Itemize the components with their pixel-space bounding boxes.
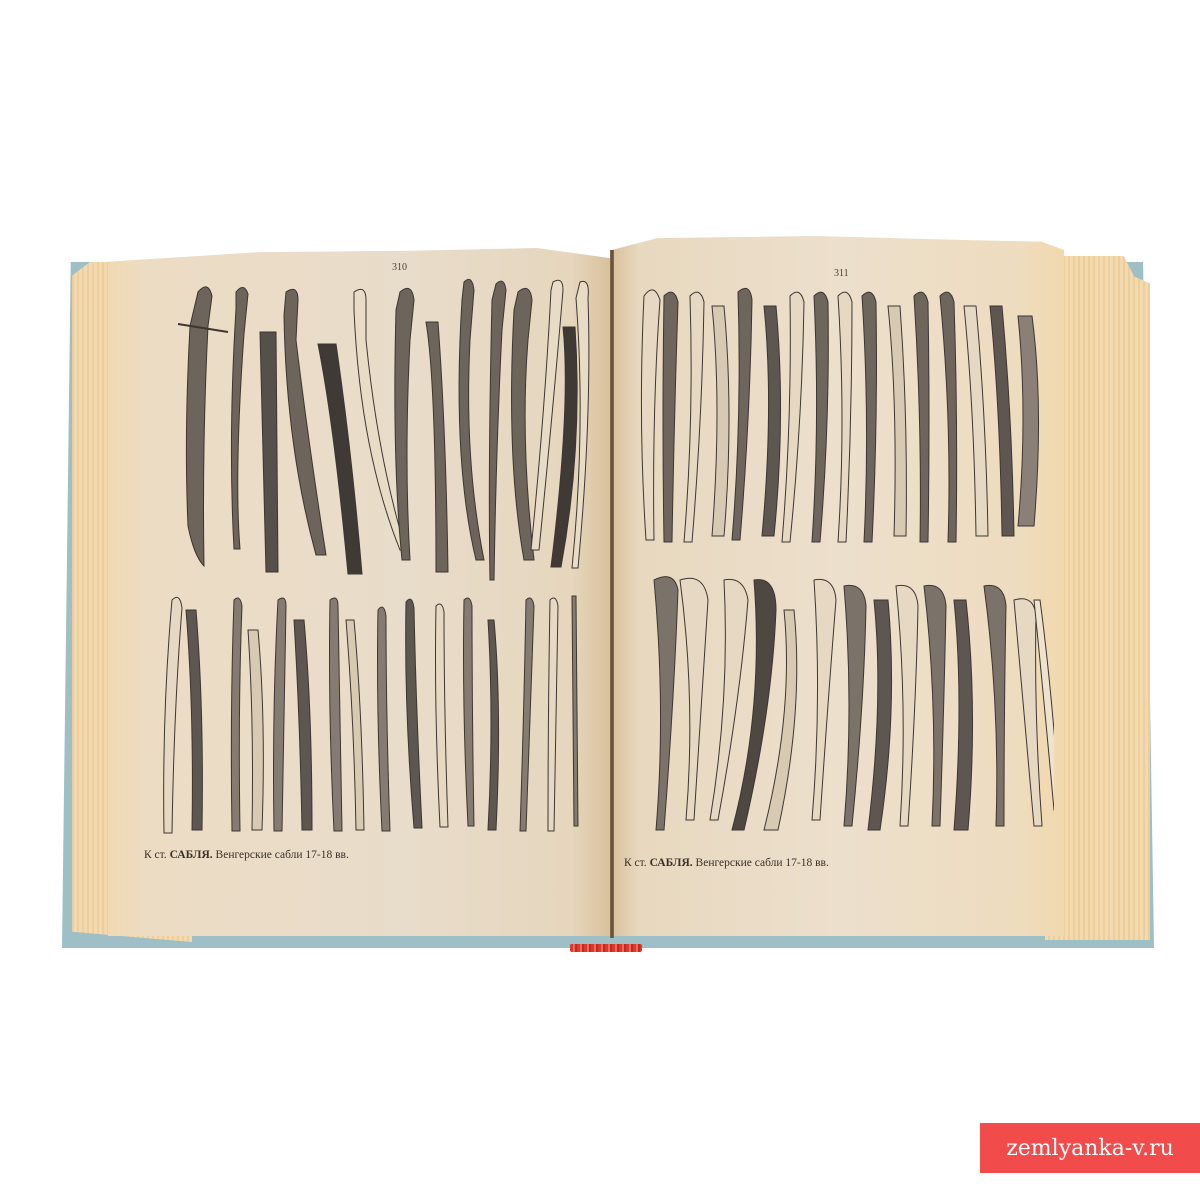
book-gutter xyxy=(610,250,614,938)
site-watermark: zemlyanka-v.ru xyxy=(980,1123,1200,1173)
left-caption-text: Венгерские сабли 17-18 вв. xyxy=(216,849,349,861)
left-top-sabers-illustration xyxy=(168,272,598,582)
right-caption-prefix: К ст. xyxy=(624,857,647,869)
book-headband xyxy=(570,944,642,952)
left-caption-title: САБЛЯ. xyxy=(170,849,213,861)
right-caption-title: САБЛЯ. xyxy=(650,857,693,869)
open-book-photo: 310 311 xyxy=(0,0,1200,1200)
right-caption-text: Венгерские сабли 17-18 вв. xyxy=(696,857,829,869)
left-bottom-sabers-illustration xyxy=(152,590,592,840)
right-bottom-sabers-illustration xyxy=(634,570,1054,840)
left-caption-prefix: К ст. xyxy=(144,849,167,861)
right-page-caption: К ст. САБЛЯ. Венгерские сабли 17-18 вв. xyxy=(624,857,829,869)
right-top-sabers-illustration xyxy=(634,276,1054,566)
left-page-caption: К ст. САБЛЯ. Венгерские сабли 17-18 вв. xyxy=(144,849,349,861)
